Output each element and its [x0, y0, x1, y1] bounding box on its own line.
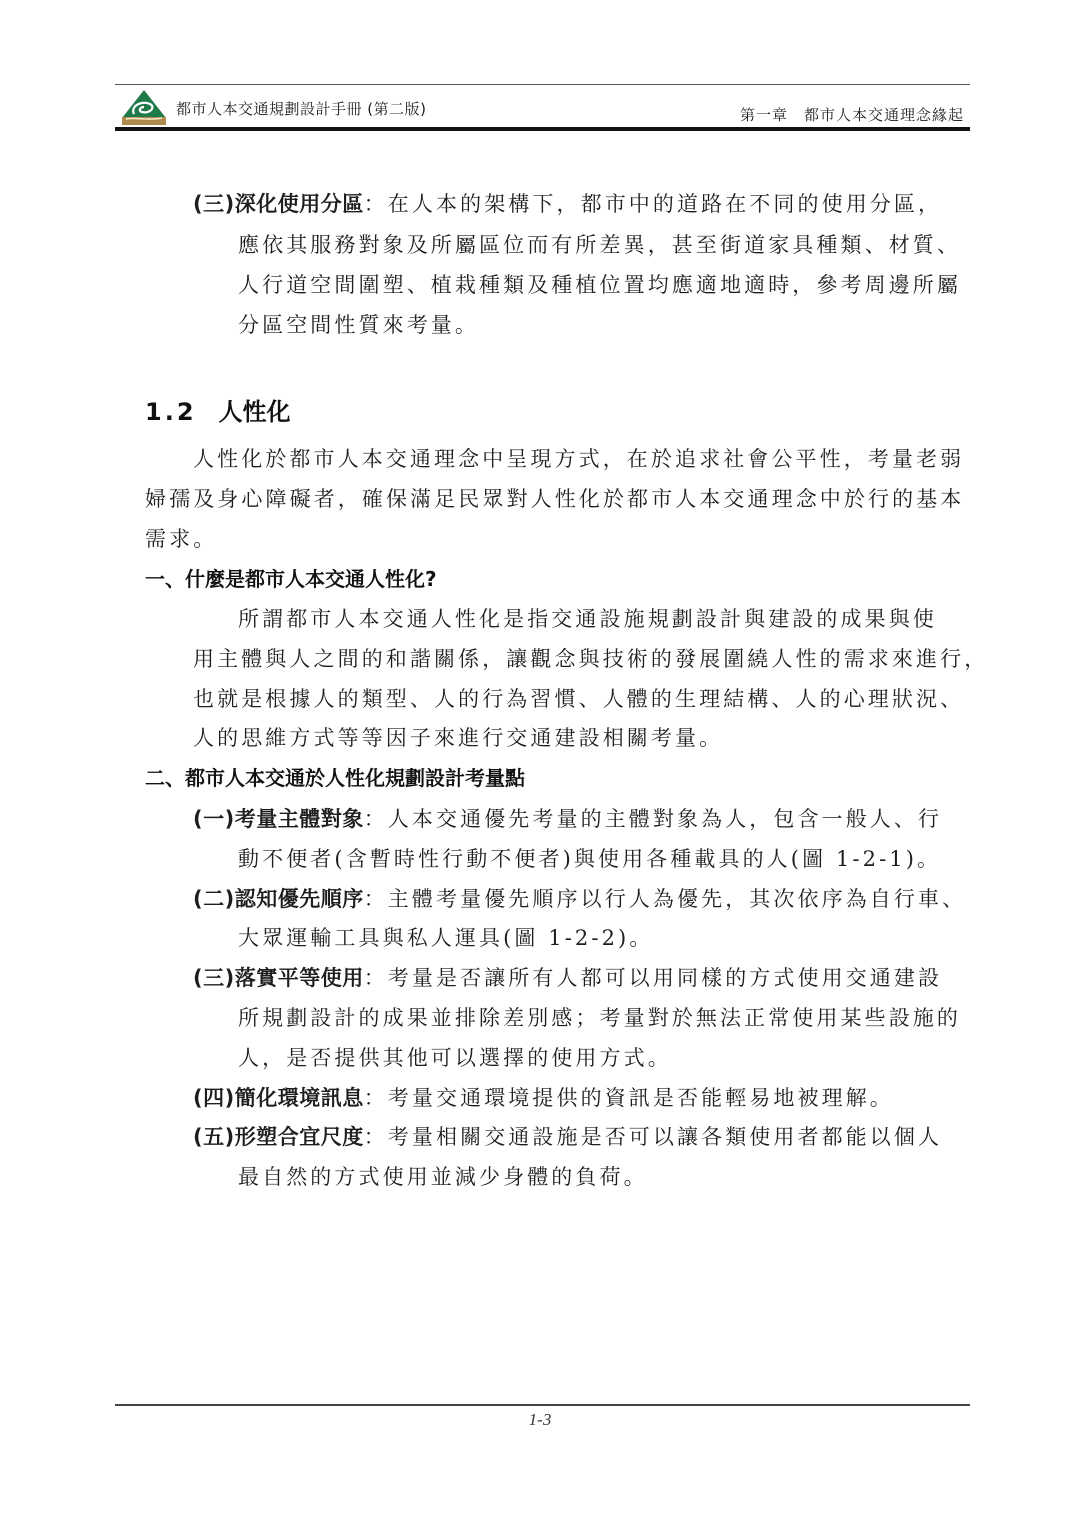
part1-line: 用主體與人之間的和諧關係，讓觀念與技術的發展圍繞人性的需求來進行， [193, 643, 988, 673]
part2-item-label: (一)考量主體對象 [193, 807, 364, 831]
part2-item-line: 最自然的方式使用並減少身體的負荷。 [238, 1161, 648, 1191]
intro-item-line: (三)深化使用分區：在人本的架構下，都市中的道路在不同的使用分區， [193, 188, 942, 218]
page-number: 1-3 [0, 1410, 1080, 1430]
intro-item-label: (三)深化使用分區 [193, 192, 364, 216]
part2-item-label: (二)認知優先順序 [193, 887, 364, 911]
document-title: 都市人本交通規劃設計手冊 (第二版) [176, 98, 426, 119]
intro-item-line: 分區空間性質來考量。 [238, 309, 479, 339]
part2-heading: 二、都市人本交通於人性化規劃設計考量點 [145, 762, 525, 791]
part2-item-text: ：主體考量優先順序以行人為優先，其次依序為自行車、 [364, 887, 967, 911]
part2-item-text: ：考量交通環境提供的資訊是否能輕易地被理解。 [364, 1086, 894, 1110]
footer-rule [115, 1404, 970, 1406]
section-number: 1.2 [145, 398, 197, 426]
part2-item-line: (一)考量主體對象：人本交通優先考量的主體對象為人，包含一般人、行 [193, 803, 942, 833]
intro-item-line: 人行道空間圍塑、植栽種類及種植位置均應適地適時，參考周邊所屬 [238, 269, 961, 299]
part1-heading: 一、什麼是都市人本交通人性化? [145, 563, 437, 592]
header-top-rule [115, 84, 970, 85]
section-heading: 1.2人性化 [145, 392, 291, 427]
intro-item-text: ：在人本的架構下，都市中的道路在不同的使用分區， [364, 192, 942, 216]
part2-item-label: (四)簡化環境訊息 [193, 1086, 364, 1110]
part2-item-line: (四)簡化環境訊息：考量交通環境提供的資訊是否能輕易地被理解。 [193, 1082, 894, 1112]
part2-item-label: (三)落實平等使用 [193, 966, 364, 990]
part1-line: 人的思維方式等等因子來進行交通建設相關考量。 [193, 722, 723, 752]
part2-item-line: (五)形塑合宜尺度：考量相關交通設施是否可以讓各類使用者都能以個人 [193, 1121, 942, 1151]
part2-item-text: ：人本交通優先考量的主體對象為人，包含一般人、行 [364, 807, 942, 831]
manual-logo-icon [120, 88, 168, 126]
part2-item-line: 所規劃設計的成果並排除差別感；考量對於無法正常使用某些設施的 [238, 1002, 961, 1032]
intro-item-line: 應依其服務對象及所屬區位而有所差異，甚至街道家具種類、材質、 [238, 229, 961, 259]
header-rule [115, 127, 970, 131]
part2-item-line: 動不便者(含暫時性行動不便者)與使用各種載具的人(圖 1-2-1)。 [238, 843, 941, 873]
section-intro-line: 婦孺及身心障礙者，確保滿足民眾對人性化於都市人本交通理念中於行的基本 [145, 483, 964, 513]
part2-item-label: (五)形塑合宜尺度 [193, 1125, 364, 1149]
part1-line: 也就是根據人的類型、人的行為習慣、人體的生理結構、人的心理狀況、 [193, 683, 964, 713]
part2-item-text: ：考量相關交通設施是否可以讓各類使用者都能以個人 [364, 1125, 942, 1149]
chapter-title: 第一章 都市人本交通理念緣起 [740, 104, 964, 125]
part1-line: 所謂都市人本交通人性化是指交通設施規劃設計與建設的成果與使 [238, 603, 937, 633]
part2-item-line: (三)落實平等使用：考量是否讓所有人都可以用同樣的方式使用交通建設 [193, 962, 942, 992]
part2-item-text: ：考量是否讓所有人都可以用同樣的方式使用交通建設 [364, 966, 942, 990]
section-title-text: 人性化 [219, 398, 291, 426]
part2-item-line: 大眾運輸工具與私人運具(圖 1-2-2)。 [238, 922, 653, 952]
part2-item-line: (二)認知優先順序：主體考量優先順序以行人為優先，其次依序為自行車、 [193, 883, 966, 913]
section-intro-line: 人性化於都市人本交通理念中呈現方式，在於追求社會公平性，考量老弱 [193, 443, 964, 473]
section-intro-line: 需求。 [145, 523, 217, 553]
part2-item-line: 人，是否提供其他可以選擇的使用方式。 [238, 1042, 672, 1072]
